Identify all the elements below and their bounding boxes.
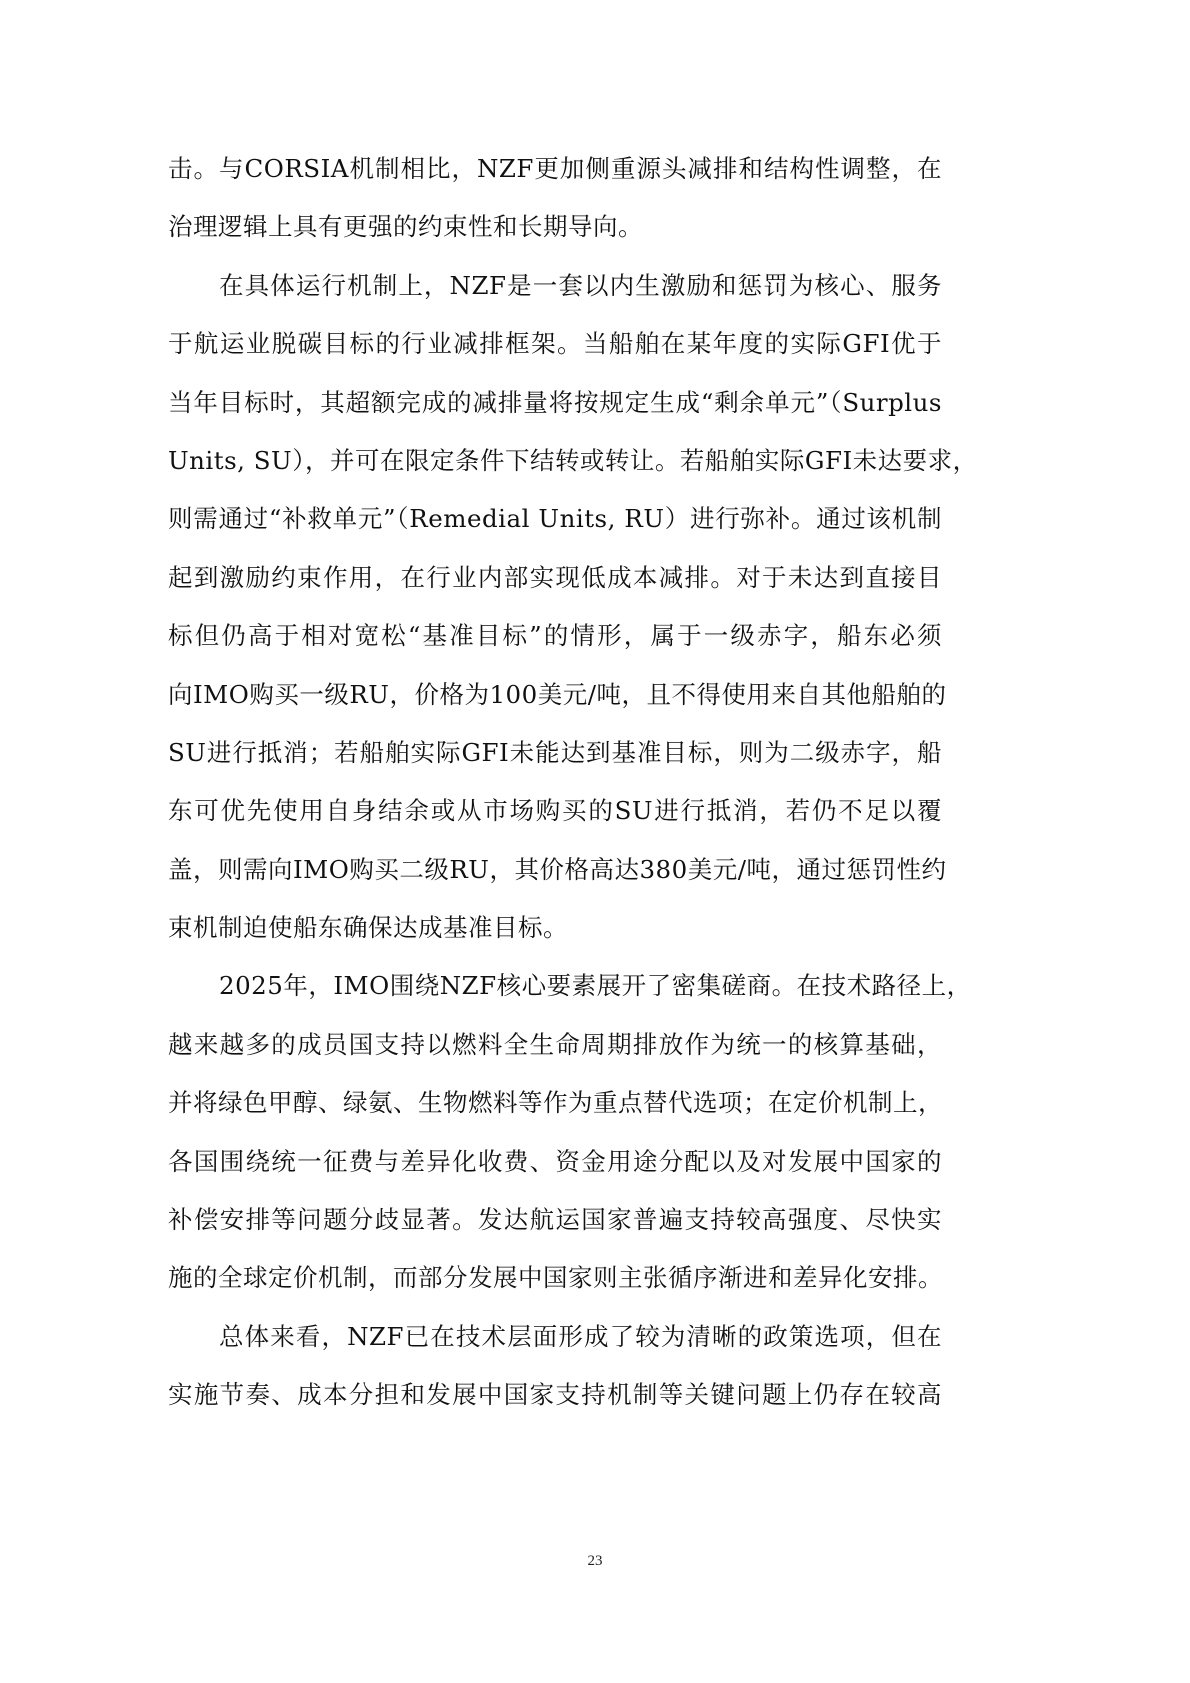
text-line: 施的全球定价机制，而部分发展中国家则主张循序渐进和差异化安排。: [168, 1249, 942, 1307]
text-line: 当年目标时，其超额完成的减排量将按规定生成“剩余单元”（Surplus: [168, 374, 942, 432]
text-line: 则需通过“补救单元”（Remedial Units, RU）进行弥补。通过该机制: [168, 490, 942, 548]
paragraph: 在具体运行机制上，NZF是一套以内生激励和惩罚为核心、服务 于航运业脱碳目标的行…: [168, 257, 942, 958]
paragraph: 2025年，IMO围绕NZF核心要素展开了密集磋商。在技术路径上， 越来越多的成…: [168, 957, 942, 1307]
paragraph: 总体来看，NZF已在技术层面形成了较为清晰的政策选项，但在 实施节奏、成本分担和…: [168, 1308, 942, 1425]
text-line: 总体来看，NZF已在技术层面形成了较为清晰的政策选项，但在: [168, 1308, 942, 1366]
text-line: 越来越多的成员国支持以燃料全生命周期排放作为统一的核算基础，: [168, 1016, 942, 1074]
text-line: 并将绿色甲醇、绿氨、生物燃料等作为重点替代选项；在定价机制上，: [168, 1074, 942, 1132]
text-line: 盖，则需向IMO购买二级RU，其价格高达380美元/吨，通过惩罚性约: [168, 841, 942, 899]
text-line: 在具体运行机制上，NZF是一套以内生激励和惩罚为核心、服务: [168, 257, 942, 315]
text-line: SU进行抵消；若船舶实际GFI未能达到基准目标，则为二级赤字，船: [168, 724, 942, 782]
text-line: 束机制迫使船东确保达成基准目标。: [168, 899, 942, 957]
text-line: 补偿安排等问题分歧显著。发达航运国家普遍支持较高强度、尽快实: [168, 1191, 942, 1249]
text-line: 向IMO购买一级RU，价格为100美元/吨，且不得使用来自其他船舶的: [168, 666, 942, 724]
text-line: 击。与CORSIA机制相比，NZF更加侧重源头减排和结构性调整，在: [168, 140, 942, 198]
text-line: 东可优先使用自身结余或从市场购买的SU进行抵消，若仍不足以覆: [168, 782, 942, 840]
text-line: 起到激励约束作用，在行业内部实现低成本减排。对于未达到直接目: [168, 549, 942, 607]
text-line: 于航运业脱碳目标的行业减排框架。当船舶在某年度的实际GFI优于: [168, 315, 942, 373]
document-body: 击。与CORSIA机制相比，NZF更加侧重源头减排和结构性调整，在 治理逻辑上具…: [168, 140, 942, 1425]
text-line: Units, SU），并可在限定条件下结转或转让。若船舶实际GFI未达要求，: [168, 432, 942, 490]
text-line: 2025年，IMO围绕NZF核心要素展开了密集磋商。在技术路径上，: [168, 957, 942, 1015]
text-line: 治理逻辑上具有更强的约束性和长期导向。: [168, 198, 942, 256]
page-number: 23: [0, 1553, 1190, 1570]
text-line: 实施节奏、成本分担和发展中国家支持机制等关键问题上仍存在较高: [168, 1366, 942, 1424]
paragraph: 击。与CORSIA机制相比，NZF更加侧重源头减排和结构性调整，在 治理逻辑上具…: [168, 140, 942, 257]
text-line: 各国围绕统一征费与差异化收费、资金用途分配以及对发展中国家的: [168, 1133, 942, 1191]
text-line: 标但仍高于相对宽松“基准目标”的情形，属于一级赤字，船东必须: [168, 607, 942, 665]
